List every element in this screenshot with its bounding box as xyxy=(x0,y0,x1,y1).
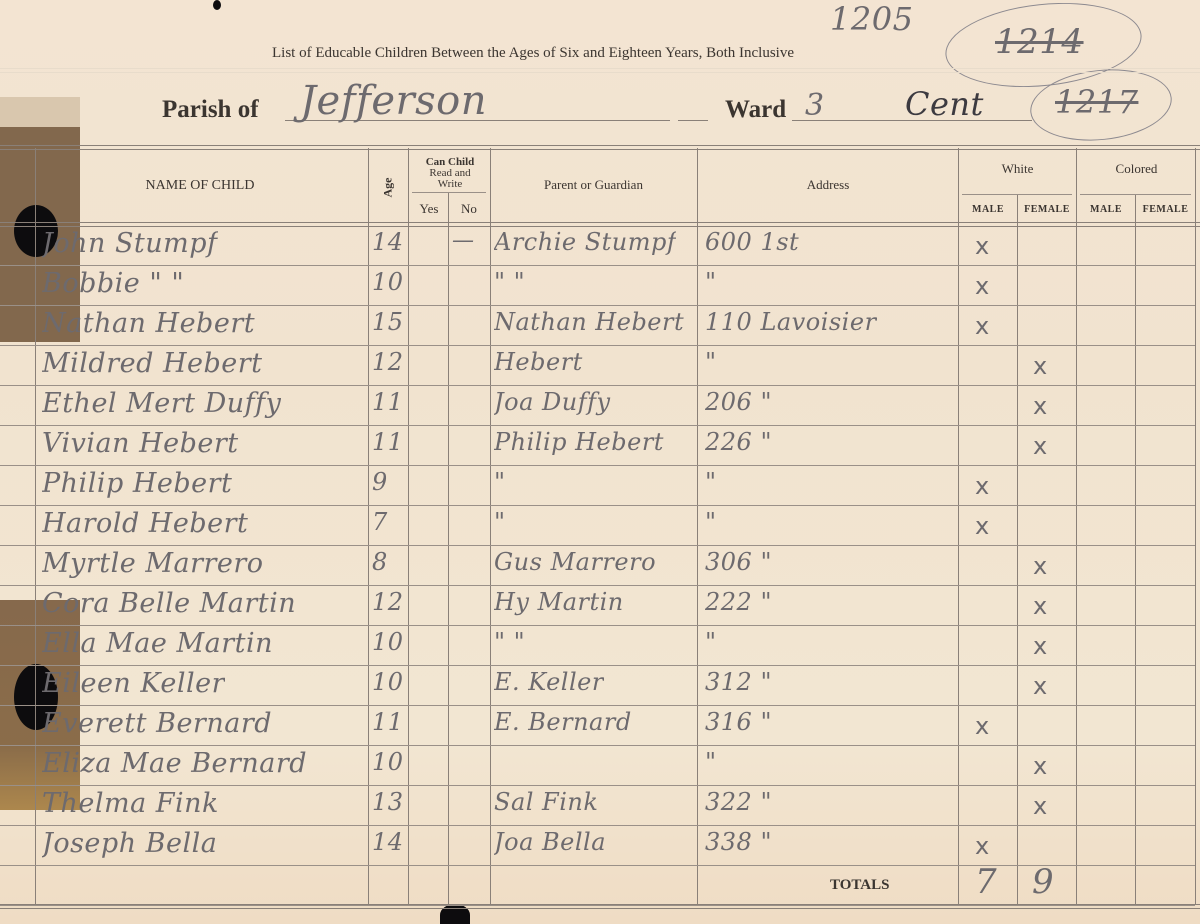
child-age: 14 xyxy=(372,228,404,256)
child-age: 8 xyxy=(372,548,388,576)
white-female-mark: x xyxy=(1033,752,1047,780)
parent-guardian: Hy Martin xyxy=(494,588,624,616)
row-line xyxy=(0,905,1195,906)
white-female-mark: x xyxy=(1033,632,1047,660)
parent-guardian: Gus Marrero xyxy=(494,548,656,576)
address: " xyxy=(705,628,717,656)
parent-guardian: Hebert xyxy=(494,348,583,376)
form-title: List of Educable Children Between the Ag… xyxy=(272,45,794,62)
annotation-circled-number: 1214 xyxy=(995,22,1084,62)
total-white-male: 7 xyxy=(975,862,997,902)
parent-guardian: Philip Hebert xyxy=(494,428,664,456)
row-line xyxy=(0,425,1195,426)
header-colored: Colored xyxy=(1078,161,1195,177)
white-female-mark: x xyxy=(1033,432,1047,460)
address: " xyxy=(705,348,717,376)
child-age: 11 xyxy=(372,388,404,416)
subheader-line xyxy=(1080,194,1191,195)
child-name: Vivian Hebert xyxy=(42,428,239,459)
address: 322 " xyxy=(705,788,772,816)
parent-guardian: Joa Duffy xyxy=(494,388,611,416)
ward-label: Ward xyxy=(725,96,786,124)
header-white-male: MALE xyxy=(959,204,1017,215)
child-name: Nathan Hebert xyxy=(42,308,255,339)
child-age: 10 xyxy=(372,668,404,696)
child-name: Philip Hebert xyxy=(42,468,232,499)
child-name: Thelma Fink xyxy=(42,788,219,819)
col-line xyxy=(490,148,491,904)
header-bottom-border xyxy=(0,222,1200,227)
child-name: John Stumpf xyxy=(42,228,218,259)
col-line xyxy=(958,148,959,904)
table-top-border xyxy=(0,145,1200,150)
white-male-mark: x xyxy=(975,712,989,740)
parent-guardian: " " xyxy=(494,628,525,656)
parent-guardian: E. Keller xyxy=(494,668,604,696)
tear-mark xyxy=(213,0,221,10)
col-line xyxy=(1017,195,1018,904)
child-age: 10 xyxy=(372,748,404,776)
child-age: 15 xyxy=(372,308,404,336)
parent-guardian: " xyxy=(494,508,506,536)
row-line xyxy=(0,665,1195,666)
child-name: Everett Bernard xyxy=(42,708,272,739)
address: 222 " xyxy=(705,588,772,616)
row-line xyxy=(0,265,1195,266)
row-line xyxy=(0,305,1195,306)
parent-guardian: Nathan Hebert xyxy=(494,308,684,336)
row-line xyxy=(0,745,1195,746)
header-name-of-child: NAME OF CHILD xyxy=(100,178,300,194)
child-name: Joseph Bella xyxy=(42,828,217,859)
child-name: Bobbie " " xyxy=(42,268,184,299)
white-male-mark: x xyxy=(975,312,989,340)
row-line xyxy=(0,865,1195,866)
white-male-mark: x xyxy=(975,472,989,500)
child-name: Eileen Keller xyxy=(42,668,225,699)
child-age: 14 xyxy=(372,828,404,856)
white-male-mark: x xyxy=(975,232,989,260)
row-line xyxy=(0,825,1195,826)
child-name: Ethel Mert Duffy xyxy=(42,388,281,419)
header-yes: Yes xyxy=(410,201,448,217)
child-age: 7 xyxy=(372,508,388,536)
row-line xyxy=(0,465,1195,466)
row-line xyxy=(0,345,1195,346)
header-white: White xyxy=(960,161,1075,177)
child-age: 10 xyxy=(372,268,404,296)
parent-guardian: Joa Bella xyxy=(494,828,606,856)
ward-note: Cent xyxy=(905,85,984,123)
address: " xyxy=(705,268,717,296)
child-age: 13 xyxy=(372,788,404,816)
address: 600 1st xyxy=(705,228,799,256)
white-female-mark: x xyxy=(1033,352,1047,380)
white-male-mark: x xyxy=(975,512,989,540)
child-age: 9 xyxy=(372,468,388,496)
address: 338 " xyxy=(705,828,772,856)
child-name: Cora Belle Martin xyxy=(42,588,296,619)
row-line xyxy=(0,705,1195,706)
annotation-number: 1205 xyxy=(830,0,913,38)
address: 110 Lavoisier xyxy=(705,308,877,336)
col-line xyxy=(448,193,449,904)
row-line xyxy=(0,785,1195,786)
ward-value: 3 xyxy=(805,88,825,123)
header-line: Write xyxy=(412,179,488,190)
col-line xyxy=(697,148,698,904)
child-name: Mildred Hebert xyxy=(42,348,263,379)
child-age: 11 xyxy=(372,428,404,456)
subheader-line xyxy=(412,192,486,193)
header-no: No xyxy=(450,201,488,217)
read-write-no: — xyxy=(452,228,475,253)
address: " xyxy=(705,508,717,536)
address: 312 " xyxy=(705,668,772,696)
row-line xyxy=(0,625,1195,626)
row-line xyxy=(0,385,1195,386)
row-line xyxy=(0,545,1195,546)
row-line xyxy=(0,585,1195,586)
address: " xyxy=(705,748,717,776)
subheader-line xyxy=(962,194,1072,195)
white-female-mark: x xyxy=(1033,672,1047,700)
col-line xyxy=(368,148,369,904)
divider xyxy=(0,68,1200,73)
header-colored-female: FEMALE xyxy=(1136,204,1195,215)
child-age: 10 xyxy=(372,628,404,656)
child-age: 11 xyxy=(372,708,404,736)
child-name: Myrtle Marrero xyxy=(42,548,264,579)
address: 316 " xyxy=(705,708,772,736)
white-female-mark: x xyxy=(1033,792,1047,820)
address: 306 " xyxy=(705,548,772,576)
tape-residue xyxy=(0,97,80,127)
col-line xyxy=(408,148,409,904)
header-age: Age xyxy=(381,174,396,202)
white-female-mark: x xyxy=(1033,592,1047,620)
parish-label: Parish of xyxy=(162,96,259,124)
parent-guardian: " " xyxy=(494,268,525,296)
child-name: Eliza Mae Bernard xyxy=(42,748,307,779)
white-male-mark: x xyxy=(975,832,989,860)
header-can-read-write: Can Child Read and Write xyxy=(412,157,488,190)
parent-guardian: Sal Fink xyxy=(494,788,598,816)
parent-guardian: E. Bernard xyxy=(494,708,632,736)
parish-value: Jefferson xyxy=(300,78,487,124)
col-line xyxy=(1195,148,1196,904)
header-parent-guardian: Parent or Guardian xyxy=(492,177,695,193)
header-white-female: FEMALE xyxy=(1018,204,1076,215)
col-line xyxy=(1076,148,1077,904)
address: 206 " xyxy=(705,388,772,416)
dash-line xyxy=(678,120,708,121)
totals-label: TOTALS xyxy=(830,877,889,894)
parent-guardian: " xyxy=(494,468,506,496)
parent-guardian: Archie Stumpf xyxy=(494,228,676,256)
white-female-mark: x xyxy=(1033,552,1047,580)
annotation-circled-number: 1217 xyxy=(1055,83,1138,121)
col-line xyxy=(1135,195,1136,904)
header-address: Address xyxy=(700,177,956,193)
address: 226 " xyxy=(705,428,772,456)
col-line xyxy=(35,148,36,904)
address: " xyxy=(705,468,717,496)
child-age: 12 xyxy=(372,588,404,616)
child-name: Ella Mae Martin xyxy=(42,628,273,659)
child-name: Harold Hebert xyxy=(42,508,248,539)
child-age: 12 xyxy=(372,348,404,376)
white-female-mark: x xyxy=(1033,392,1047,420)
total-white-female: 9 xyxy=(1032,862,1054,902)
row-line xyxy=(0,505,1195,506)
header-colored-male: MALE xyxy=(1077,204,1135,215)
white-male-mark: x xyxy=(975,272,989,300)
